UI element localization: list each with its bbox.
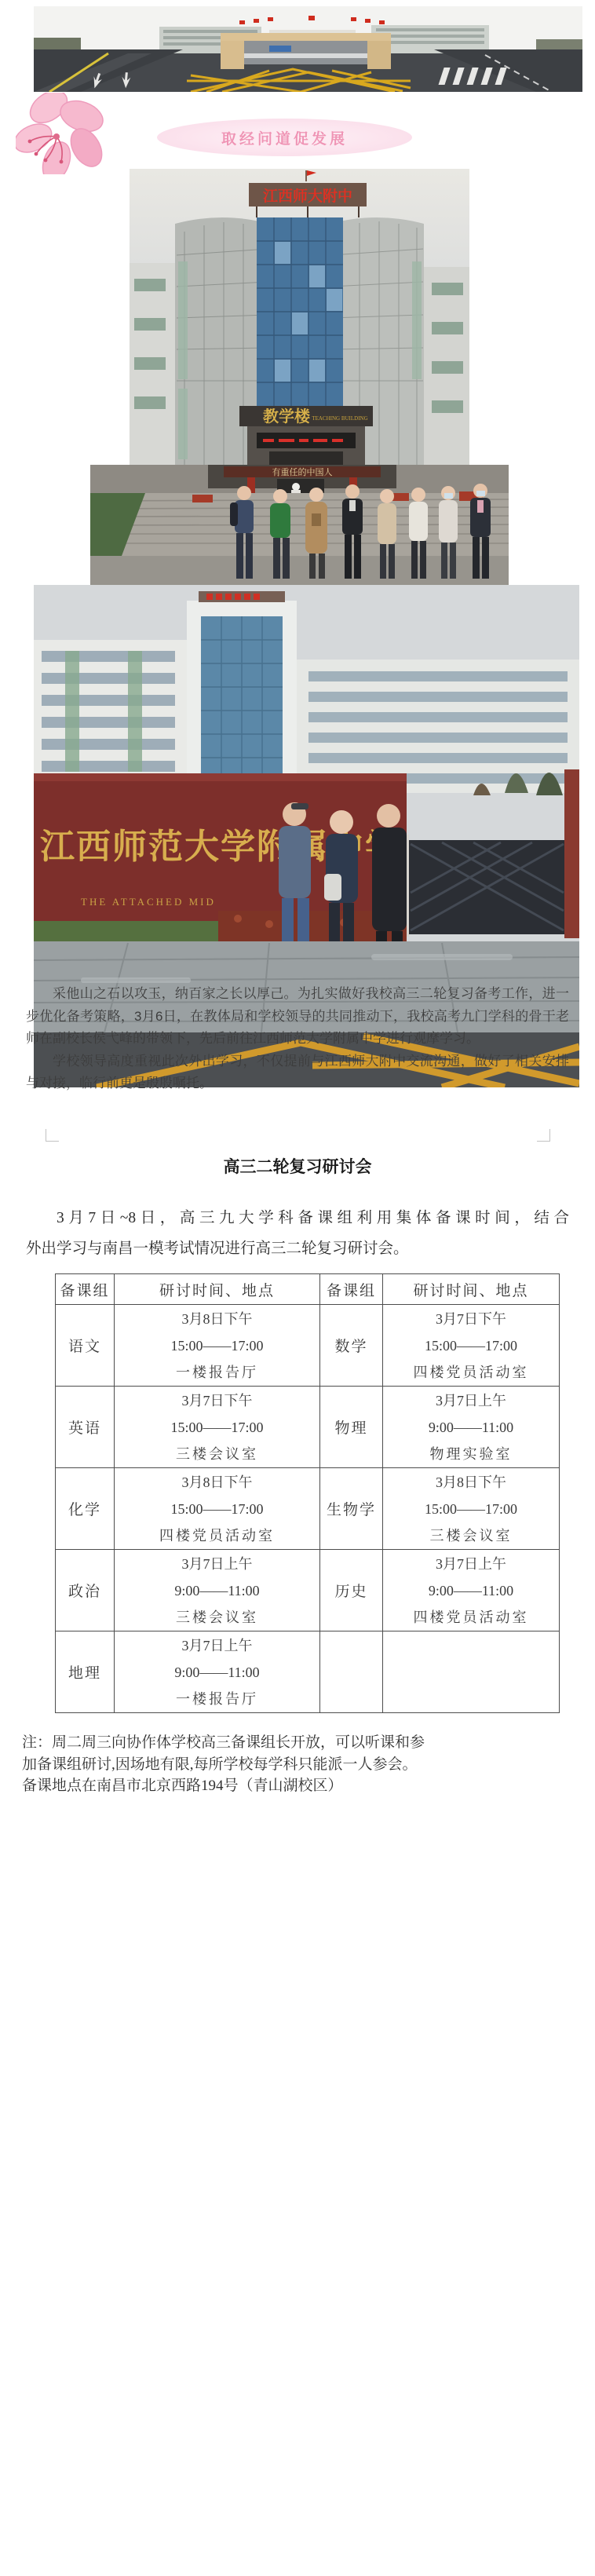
- note-line: 备课地点在南昌市北京西路194号（青山湖校区）: [22, 1775, 576, 1797]
- subject-cell: 历史: [320, 1550, 383, 1631]
- document-page: 取经问道促发展: [0, 0, 595, 2576]
- slogan-banner: 取经问道促发展: [157, 119, 412, 156]
- column-header: 备课组: [320, 1274, 383, 1305]
- paragraph-line: 采他山之石以攻玉，纳百家之长以厚己。为扎实做好我校高三二轮复习备考工作，进一: [26, 983, 569, 1006]
- subject-cell: 政治: [56, 1550, 115, 1631]
- seminar-row: 语文3月8日下午15:00——17:00一楼报告厅数学3月7日下午15:00——…: [56, 1305, 560, 1387]
- time-place-line: 3月7日下午: [383, 1306, 559, 1332]
- subject-cell: 地理: [56, 1631, 115, 1713]
- subject-cell: [320, 1631, 383, 1713]
- time-place-line: [383, 1686, 559, 1712]
- column-header: 研讨时间、地点: [115, 1274, 320, 1305]
- time-place-cell: 3月7日下午15:00——17:00四楼党员活动室: [383, 1305, 560, 1387]
- time-place-line: 物理实验室: [383, 1441, 559, 1467]
- time-place-line: 四楼党员活动室: [383, 1359, 559, 1386]
- subject-cell: 数学: [320, 1305, 383, 1387]
- note-line: 加备课组研讨,因场地有限,每所学校每学科只能派一人参会。: [22, 1754, 576, 1776]
- time-place-line: 9:00——11:00: [115, 1577, 319, 1604]
- table-note: 注：周二周三向协作体学校高三备课组长开放，可以听课和参 加备课组研讨,因场地有限…: [22, 1732, 576, 1797]
- time-place-line: [383, 1632, 559, 1659]
- group-photo: 有重任的中国人: [90, 465, 509, 585]
- seminar-intro: 3月7日~8日，高三九大学科备课组利用集体备课时间，结合 外出学习与南昌一模考试…: [26, 1203, 569, 1264]
- time-place-line: 四楼党员活动室: [115, 1522, 319, 1549]
- entrance-banner-text: 有重任的中国人: [272, 466, 333, 477]
- paragraph-line: 外出学习与南昌一模考试情况进行高三二轮复习研讨会。: [26, 1233, 569, 1264]
- time-place-cell: [383, 1631, 560, 1713]
- paragraph-line: 师在副校长侯弋峰的带领下，先后前往江西师范大学附属中学进行观摩学习。: [26, 1028, 569, 1050]
- teaching-building-illustration: 江西师大附中 教学楼 TEACHING BUILDING: [130, 169, 469, 465]
- canopy-sign-text: 教学楼: [263, 407, 311, 426]
- seminar-row: 地理3月7日上午9:00——11:00一楼报告厅: [56, 1631, 560, 1713]
- time-place-line: 3月8日下午: [115, 1306, 319, 1332]
- seminar-header-row: 备课组 研讨时间、地点 备课组 研讨时间、地点: [56, 1274, 560, 1305]
- time-place-line: 3月7日上午: [115, 1632, 319, 1659]
- subject-cell: 物理: [320, 1387, 383, 1468]
- time-place-line: 三楼会议室: [115, 1441, 319, 1467]
- paragraph-line: 步优化备考策略，3月6日，在教体局和学校领导的共同推动下，我校高考九门学科的骨干…: [26, 1006, 569, 1029]
- section-title: 高三二轮复习研讨会: [0, 1154, 595, 1178]
- slogan-text: 取经问道促发展: [221, 127, 348, 148]
- time-place-line: 9:00——11:00: [115, 1659, 319, 1686]
- time-place-cell: 3月7日下午15:00——17:00三楼会议室: [115, 1387, 320, 1468]
- campus-panorama-photo: [34, 6, 582, 92]
- time-place-line: 15:00——17:00: [115, 1496, 319, 1522]
- subject-cell: 英语: [56, 1387, 115, 1468]
- group-photo-illustration: 有重任的中国人: [90, 465, 509, 585]
- time-place-line: 15:00——17:00: [115, 1332, 319, 1359]
- time-place-line: 四楼党员活动室: [383, 1604, 559, 1631]
- time-place-line: 15:00——17:00: [383, 1496, 559, 1522]
- time-place-line: 三楼会议室: [115, 1604, 319, 1631]
- canopy-sign: 教学楼 TEACHING BUILDING: [239, 406, 373, 426]
- teaching-building-photo: 江西师大附中 教学楼 TEACHING BUILDING: [130, 169, 469, 465]
- time-place-line: 9:00——11:00: [383, 1414, 559, 1441]
- entrance-banner: 有重任的中国人: [224, 466, 381, 477]
- time-place-line: 三楼会议室: [383, 1522, 559, 1549]
- paragraph-line: 3月7日~8日，高三九大学科备课组利用集体备课时间，结合: [26, 1203, 569, 1233]
- time-place-cell: 3月8日下午15:00——17:00一楼报告厅: [115, 1305, 320, 1387]
- subject-cell: 化学: [56, 1468, 115, 1550]
- page-corner-mark-left: [46, 1129, 59, 1142]
- subject-cell: 语文: [56, 1305, 115, 1387]
- time-place-line: 9:00——11:00: [383, 1577, 559, 1604]
- column-header: 备课组: [56, 1274, 115, 1305]
- time-place-line: 15:00——17:00: [115, 1414, 319, 1441]
- time-place-line: 3月7日上午: [383, 1551, 559, 1577]
- paragraph-line: 学校领导高度重视此次外出学习，不仅提前与江西师大附中交流沟通，做好了相关安排: [26, 1050, 569, 1073]
- time-place-line: 3月8日下午: [115, 1469, 319, 1496]
- rooftop-sign-text: 江西师大附中: [263, 187, 352, 205]
- time-place-cell: 3月8日下午15:00——17:00四楼党员活动室: [115, 1468, 320, 1550]
- time-place-line: 3月7日上午: [383, 1387, 559, 1414]
- time-place-line: 一楼报告厅: [115, 1686, 319, 1712]
- seminar-table: 备课组 研讨时间、地点 备课组 研讨时间、地点 语文3月8日下午15:00——1…: [55, 1273, 560, 1713]
- canopy-sign-en-text: TEACHING BUILDING: [312, 415, 367, 422]
- time-place-line: 15:00——17:00: [383, 1332, 559, 1359]
- time-place-line: 3月7日上午: [115, 1551, 319, 1577]
- time-place-cell: 3月7日上午9:00——11:00三楼会议室: [115, 1550, 320, 1631]
- column-header: 研讨时间、地点: [383, 1274, 560, 1305]
- seminar-row: 英语3月7日下午15:00——17:00三楼会议室物理3月7日上午9:00——1…: [56, 1387, 560, 1468]
- seminar-table-wrap: 备课组 研讨时间、地点 备课组 研讨时间、地点 语文3月8日下午15:00——1…: [55, 1273, 560, 1713]
- note-line: 注：周二周三向协作体学校高三备课组长开放，可以听课和参: [22, 1732, 576, 1754]
- gate-sign-en-text: THE ATTACHED MID: [81, 896, 216, 908]
- seminar-row: 化学3月8日下午15:00——17:00四楼党员活动室生物学3月8日下午15:0…: [56, 1468, 560, 1550]
- time-place-cell: 3月8日下午15:00——17:00三楼会议室: [383, 1468, 560, 1550]
- seminar-row: 政治3月7日上午9:00——11:00三楼会议室历史3月7日上午9:00——11…: [56, 1550, 560, 1631]
- page-corner-mark-right: [537, 1129, 550, 1142]
- article-intro: 采他山之石以攻玉，纳百家之长以厚己。为扎实做好我校高三二轮复习备考工作，进一 步…: [26, 983, 569, 1095]
- time-place-line: [383, 1659, 559, 1686]
- paragraph-line: 与对接，临行前更是殷殷嘱托。: [26, 1072, 569, 1095]
- campus-panorama-illustration: [34, 6, 582, 92]
- time-place-line: 3月7日下午: [115, 1387, 319, 1414]
- flower-decoration: [16, 93, 111, 174]
- time-place-line: 一楼报告厅: [115, 1359, 319, 1386]
- subject-cell: 生物学: [320, 1468, 383, 1550]
- time-place-cell: 3月7日上午9:00——11:00一楼报告厅: [115, 1631, 320, 1713]
- time-place-line: 3月8日下午: [383, 1469, 559, 1496]
- flower-icon: [16, 93, 111, 174]
- time-place-cell: 3月7日上午9:00——11:00四楼党员活动室: [383, 1550, 560, 1631]
- time-place-cell: 3月7日上午9:00——11:00物理实验室: [383, 1387, 560, 1468]
